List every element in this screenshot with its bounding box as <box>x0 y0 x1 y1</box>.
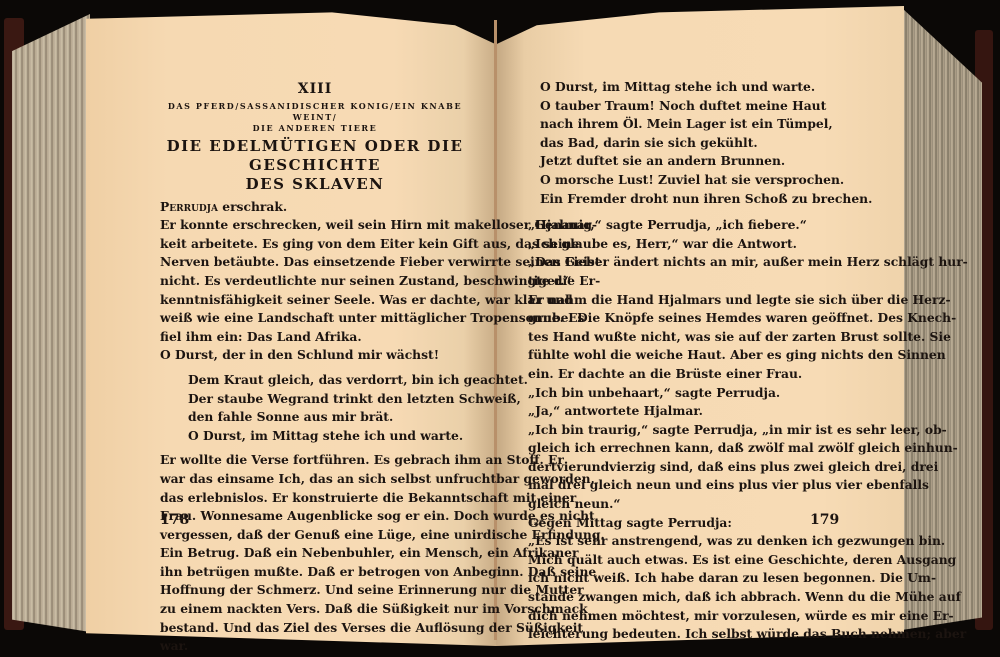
chapter-number: XIII <box>160 80 470 99</box>
verse-block: Dem Kraut gleich, das verdorrt, bin ich … <box>160 371 470 445</box>
verse-line: O tauber Traum! Noch duftet meine Haut <box>540 97 840 116</box>
left-page-text: XIII DAS PFERD/SASSANIDISCHER KONIG/EIN … <box>160 80 470 656</box>
open-book: XIII DAS PFERD/SASSANIDISCHER KONIG/EIN … <box>0 0 1000 657</box>
signature-mark: 12* <box>528 517 543 527</box>
text-line: war. <box>160 637 470 656</box>
text-line: Er wollte die Verse fortführen. Es gebra… <box>160 451 470 470</box>
paragraph: Er wollte die Verse fortführen. Es gebra… <box>160 451 470 656</box>
text-line: vergessen, daß der Genuß eine Lüge, eine… <box>160 526 470 545</box>
prose-block: „Hjalmar,“ sagte Perrudja, „ich fiebere.… <box>528 216 840 644</box>
text-line: Nerven betäubte. Das einsetzende Fieber … <box>160 253 470 272</box>
text-line: Ein Betrug. Daß ein Nebenbuhler, ein Men… <box>160 544 470 563</box>
text-line: „Hjalmar,“ sagte Perrudja, „ich fiebere.… <box>528 216 840 235</box>
chapter-title-line: DIE EDELMÜTIGEN ODER DIE GESCHICHTE <box>160 137 470 175</box>
text-line: O Durst, der in den Schlund mir wächst! <box>160 346 470 365</box>
text-line: ihn betrügen mußte. Daß er betrogen von … <box>160 563 470 582</box>
text-line: tiger.“ <box>528 272 840 291</box>
text-line: weiß wie eine Landschaft unter mittäglic… <box>160 309 470 328</box>
text-line: „Ich glaube es, Herr,“ war die Antwort. <box>528 235 840 254</box>
text-line: „Es ist sehr anstrengend, was zu denken … <box>528 532 840 551</box>
page-number-left: 178 <box>160 512 189 528</box>
text-line: „Ja,“ antwortete Hjalmar. <box>528 402 840 421</box>
text-line: Er konnte erschrecken, weil sein Hirn mi… <box>160 216 470 235</box>
text-line: grube. Die Knöpfe seines Hemdes waren ge… <box>528 309 840 328</box>
text-line: kenntnisfähigkeit seiner Seele. Was er d… <box>160 291 470 310</box>
text-line: das erlebnislos. Er konstruierte die Bek… <box>160 489 470 508</box>
chapter-subtitle-line: DIE ANDEREN TIERE <box>160 123 470 134</box>
verse-block: O Durst, im Mittag stehe ich und warte. … <box>528 78 840 208</box>
verse-line: O Durst, im Mittag stehe ich und warte. <box>188 427 470 446</box>
text-line: Er nahm die Hand Hjalmars und legte sie … <box>528 291 840 310</box>
text-line: Gegen Mittag sagte Perrudja: <box>528 514 840 533</box>
text-line: stände zwangen mich, daß ich abbrach. We… <box>528 588 840 607</box>
text-line: Hoffnung der Schmerz. Und seine Erinneru… <box>160 581 470 600</box>
verse-line: Jetzt duftet sie an andern Brunnen. <box>540 152 840 171</box>
verse-line: den fahle Sonne aus mir brät. <box>188 408 470 427</box>
text-line: ich nicht weiß. Ich habe daran zu lesen … <box>528 569 840 588</box>
paragraph: Er konnte erschrecken, weil sein Hirn mi… <box>160 216 470 365</box>
text-line: fühlte wohl die weiche Haut. Aber es gin… <box>528 346 840 365</box>
text-line: „Ich bin traurig,“ sagte Perrudja, „in m… <box>528 421 840 440</box>
verse-line: Dem Kraut gleich, das verdorrt, bin ich … <box>188 371 470 390</box>
text-line: Mich quält auch etwas. Es ist eine Gesch… <box>528 551 840 570</box>
text-line: war das einsame Ich, das an sich selbst … <box>160 470 470 489</box>
text-line: mal drei gleich neun und eins plus vier … <box>528 476 840 495</box>
text-line: gleich neun.“ <box>528 495 840 514</box>
text-line: nicht. Es verdeutlichte nur seinen Zusta… <box>160 272 470 291</box>
chapter-title-line: DES SKLAVEN <box>160 175 470 194</box>
verse-line: O morsche Lust! Zuviel hat sie versproch… <box>540 171 840 190</box>
right-page-text: O Durst, im Mittag stehe ich und warte. … <box>528 78 840 644</box>
verse-line: das Bad, darin sie sich gekühlt. <box>540 134 840 153</box>
page-number-right: 179 <box>810 512 839 528</box>
text-line: tes Hand wußte nicht, was sie auf der za… <box>528 328 840 347</box>
text-line: zu einem nackten Vers. Daß die Süßigkeit… <box>160 600 470 619</box>
text-line: leichterung bedeuten. Ich selbst würde d… <box>528 625 840 644</box>
text-line: bestand. Und das Ziel des Verses die Auf… <box>160 619 470 638</box>
verse-line: Der staube Wegrand trinkt den letzten Sc… <box>188 390 470 409</box>
text-line: ein. Er dachte an die Brüste einer Frau. <box>528 365 840 384</box>
page-edges-left <box>12 14 90 632</box>
text-line: „Ich bin unbehaart,“ sagte Perrudja. <box>528 384 840 403</box>
text-line: keit arbeitete. Es ging von dem Eiter ke… <box>160 235 470 254</box>
verse-line: O Durst, im Mittag stehe ich und warte. <box>540 78 840 97</box>
chapter-subtitle-line: DAS PFERD/SASSANIDISCHER KONIG/EIN KNABE… <box>160 101 470 123</box>
chapter-title: DIE EDELMÜTIGEN ODER DIE GESCHICHTE DES … <box>160 137 470 194</box>
text-line: dich nehmen möchtest, mir vorzulesen, wü… <box>528 607 840 626</box>
text-line: gleich ich errechnen kann, daß zwölf mal… <box>528 439 840 458</box>
text-line: dertvierundvierzig sind, daß eins plus z… <box>528 458 840 477</box>
opening-line: Perrudja erschrak. <box>160 198 470 217</box>
text-line: Frau. Wonnesame Augenblicke sog er ein. … <box>160 507 470 526</box>
verse-line: nach ihrem Öl. Mein Lager ist ein Tümpel… <box>540 115 840 134</box>
text-line: „Das Fieber ändert nichts an mir, außer … <box>528 253 840 272</box>
opening-text: erschrak. <box>218 199 287 214</box>
text-line: fiel ihm ein: Das Land Afrika. <box>160 328 470 347</box>
character-name: Perrudja <box>160 199 218 214</box>
verse-line: Ein Fremder droht nun ihren Schoß zu bre… <box>540 190 840 209</box>
